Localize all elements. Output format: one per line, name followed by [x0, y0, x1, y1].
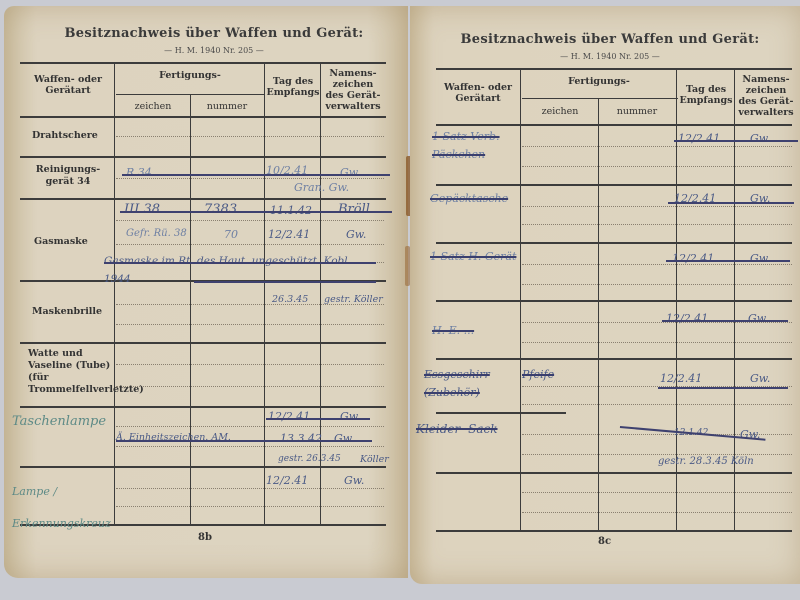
handwritten-signature: Gw.: [334, 432, 354, 445]
handwritten-date: 12/2.41: [268, 410, 310, 423]
handwritten-item: H. E. ...: [432, 324, 474, 337]
handwritten-item: 1 Satz H. Gerät: [430, 250, 516, 263]
row-rule: [20, 406, 386, 408]
handwritten-signature: Gw.: [344, 474, 364, 487]
handwritten-date: 13.3.42: [280, 432, 322, 445]
header-item-type: Waffen- oder Gerätart: [438, 82, 518, 104]
col-divider: [598, 98, 599, 530]
header-custodian: Namens- zeichen des Gerät- verwalters: [736, 74, 796, 118]
header-fertigung: Fertigungs-: [522, 76, 676, 87]
header-receipt-date: Tag des Empfangs: [266, 76, 320, 98]
left-page: Besitznachweis über Waffen und Gerät: — …: [4, 6, 408, 578]
handwritten-zeichen: III 38: [124, 202, 160, 217]
header-bottom-rule: [20, 116, 386, 118]
header-zeichen: zeichen: [522, 106, 598, 117]
page-subtitle: — H. M. 1940 Nr. 205 —: [34, 46, 394, 55]
item-label: Reinigungs- gerät 34: [28, 164, 108, 188]
col-divider: [520, 68, 521, 530]
header-fertigung: Fertigungs-: [116, 70, 264, 81]
handwritten-item: Essgeschirr (Zubehör): [424, 366, 520, 402]
table-top-rule: [20, 62, 386, 64]
header-zeichen: zeichen: [116, 101, 190, 112]
header-sub-rule: [522, 98, 678, 99]
header-nummer: nummer: [598, 106, 676, 117]
header-receipt-date: Tag des Empfangs: [678, 84, 734, 106]
handwritten-date: 12/2.41: [666, 312, 708, 325]
handwritten-date: 12/2.41: [268, 228, 310, 241]
page-number: 8c: [598, 536, 611, 547]
col-divider: [190, 94, 191, 524]
col-divider: [114, 62, 115, 524]
handwritten-date: 12/2.41: [672, 252, 714, 265]
handwritten-date: gestr. 26.3.45: [278, 454, 341, 464]
table-top-rule: [436, 68, 792, 70]
item-label: Drahtschere: [32, 130, 98, 142]
handwritten-item: Kleider- Sack: [416, 420, 516, 438]
row-rule: [20, 198, 386, 200]
item-label: Gasmaske: [34, 236, 88, 248]
page-number: 8b: [198, 532, 212, 543]
handwritten-date: 12/2.41: [660, 372, 702, 385]
handwritten-date: 26.3.45: [272, 294, 308, 305]
handwritten-signature: Gw.: [750, 372, 770, 385]
header-item-type: Waffen- oder Gerätart: [26, 74, 110, 96]
handwritten-signature: Köller: [360, 454, 389, 465]
handwritten-zeichen: Gefr. Rü. 38: [126, 228, 187, 239]
table-bottom-rule: [436, 530, 792, 532]
handwritten-zeichen: Pfeife: [522, 368, 554, 381]
handwritten-date: 12/2.41: [678, 132, 720, 145]
col-divider: [264, 62, 265, 524]
handwritten-signature: gestr. Köller: [324, 294, 383, 305]
row-rule: [20, 156, 386, 158]
handwritten-item: Gepäcktasche: [430, 192, 508, 205]
page-title: Besitznachweis über Waffen und Gerät:: [34, 26, 394, 41]
item-label: Maskenbrille: [32, 306, 102, 318]
header-nummer: nummer: [190, 101, 264, 112]
row-rule: [20, 466, 386, 468]
handwritten-item: 1 Satz Verb. Päckchen: [432, 128, 520, 164]
handwritten-signature: Gw.: [750, 132, 770, 145]
handwritten-item: Lampe / Erkennungskreuz: [12, 476, 112, 540]
page-subtitle: — H. M. 1940 Nr. 205 —: [420, 52, 800, 61]
handwritten-signature: Gw.: [750, 252, 770, 265]
handwritten-note: Gasmaske im Rt. des Haut. ungeschützt. K…: [104, 252, 374, 288]
handwritten-nummer: 7383: [204, 202, 237, 217]
handwritten-zeichen: R 34: [126, 166, 152, 179]
header-custodian: Namens- zeichen des Gerät- verwalters: [322, 68, 384, 112]
handwritten-item: Taschenlampe: [12, 414, 106, 429]
handwritten-signature: Bröll: [338, 202, 370, 217]
handwritten-note: Gran. Gw.: [294, 181, 349, 194]
handwritten-nummer: 70: [224, 228, 238, 241]
handwritten-signature: Gw.: [748, 312, 768, 325]
item-label: Watte und Vaseline (Tube) (für Trommelfe…: [28, 348, 112, 396]
page-title: Besitznachweis über Waffen und Gerät:: [420, 32, 800, 47]
handwritten-signature: Gw.: [346, 228, 366, 241]
handwritten-signature: Gw.: [340, 166, 360, 179]
header-bottom-rule: [436, 124, 792, 126]
row-rule: [20, 342, 386, 344]
handwritten-note: gestr. 28.3.45 Köln: [658, 456, 754, 467]
handwritten-signature: Gw.: [340, 410, 360, 423]
handwritten-date: 12/2.41: [266, 474, 308, 487]
soldbuch-spread: Besitznachweis über Waffen und Gerät: — …: [0, 6, 800, 586]
right-page: Besitznachweis über Waffen und Gerät: — …: [410, 6, 800, 584]
